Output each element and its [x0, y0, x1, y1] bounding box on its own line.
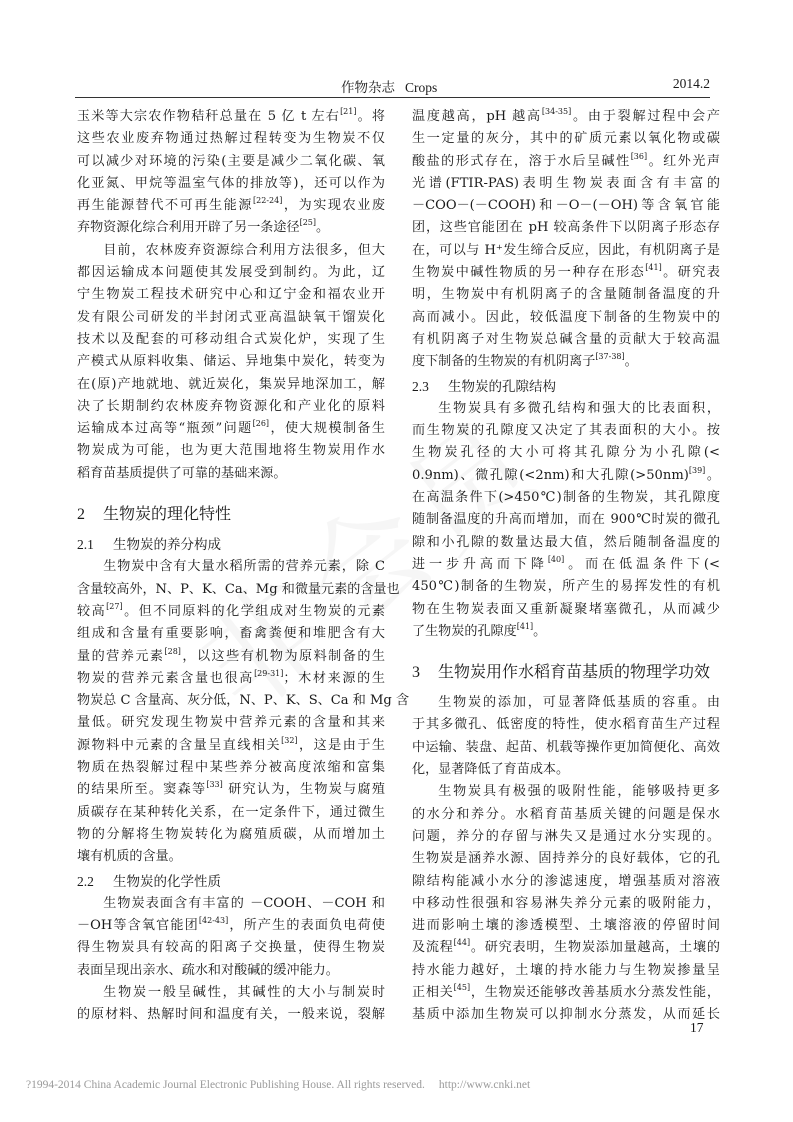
text-line: 随制备温度的升高而增加，而在 900℃时炭的微孔	[412, 509, 720, 531]
subsection-heading-2-3: 2.3生物炭的孔隙结构	[412, 376, 720, 398]
text-line: 问题，养分的存留与淋失又是通过水分实现的。	[412, 826, 720, 848]
text-line: 玉米等大宗农作物秸秆总量在 5 亿 t 左右[21]。将	[77, 106, 385, 128]
section-heading-2: 2生物炭的理化特性	[77, 503, 385, 526]
text-line: 在(原)产地就地、就近炭化，集炭异地深加工，解	[77, 374, 385, 396]
paragraph: 生物炭中含有大量水稻所需的营养元素，除 C 含量较高外，N、P、K、Ca、Mg …	[77, 556, 385, 868]
journal-name: 作物杂志Crops	[341, 76, 437, 96]
citation: [29-31]	[254, 669, 283, 678]
text-line: 质碳存在某种转化关系，在一定条件下，通过微生	[77, 802, 385, 824]
citation: [45]	[454, 983, 470, 992]
citation: [44]	[454, 938, 470, 947]
text-line: 的水分和养分。水稻育苗基质关键的问题是保水	[412, 804, 720, 826]
issue-number: 2014.2	[673, 76, 710, 92]
text-line: 进而影响土壤的渗透模型、土壤溶液的停留时间	[412, 915, 720, 937]
citation: [33]	[206, 780, 222, 789]
text-line: 量低。研究发现生物炭中营养元素的含量和其来	[77, 712, 385, 734]
text-line: 物炭成为可能，也为更大范围地将生物炭用作水	[77, 440, 385, 462]
text-line: 生物炭中碱性物质的另一种存在形态[41]。研究表	[412, 262, 720, 284]
text-line: 物炭的营养元素含量也很高[29-31]；木材来源的生	[77, 668, 385, 690]
text-line: 的结果所至。窦森等[33] 研究认为，生物炭与腐殖	[77, 779, 385, 801]
text-line: 组成和含量有重要影响，畜禽粪便和堆肥含有大	[77, 623, 385, 645]
text-line: 正相关[45]，生物炭还能够改善基质水分蒸发性能，	[412, 982, 720, 1004]
text-line: 团，这些官能团在 pH 较高条件下以阴离子形态存	[412, 217, 720, 239]
text-line: 化亚氮、甲烷等温室气体的排放等)，还可以作为	[77, 173, 385, 195]
journal-name-cn: 作物杂志	[341, 80, 395, 96]
text-line: 产模式从原料收集、储运、异地集中炭化，转变为	[77, 351, 385, 373]
right-column: 温度越高，pH 越高[34-35]。由于裂解过程中会产 生一定量的灰分，其中的矿…	[412, 106, 720, 1027]
citation: [39]	[689, 466, 705, 475]
text-line: 可以减少对环境的污染(主要是减少二氧化碳、氧	[77, 151, 385, 173]
text-line: 生物炭中含有大量水稻所需的营养元素，除 C	[77, 556, 385, 578]
text-line: 酸盐的形式存在，溶于水后呈碱性[36]。红外光声	[412, 151, 720, 173]
citation: [28]	[164, 647, 180, 656]
text-line: 隙和小孔隙的数量达最大值，然后随制备温度的	[412, 532, 720, 554]
citation: [37-38]	[595, 352, 624, 361]
text-line: 生物炭具有多微孔结构和强大的比表面积，	[412, 398, 720, 420]
paragraph: 生物炭一般呈碱性，其碱性的大小与制炭时 的原材料、热解时间和温度有关，一般来说，…	[77, 982, 385, 1027]
paragraph: 生物炭具有极强的吸附性能，能够吸持更多 的水分和养分。水稻育苗基质关键的问题是保…	[412, 781, 720, 1026]
paragraph: 生物炭具有多微孔结构和强大的比表面积， 而生物炭的孔隙度又决定了其表面积的大小。…	[412, 398, 720, 643]
subsection-heading-2-2: 2.2生物炭的化学性质	[77, 871, 385, 893]
text-line: 0.9nm)、微孔隙(<2nm)和大孔隙(>50nm)[39]。	[412, 465, 720, 487]
text-line: 高而减小。因此，较低温度下制备的生物炭中的	[412, 307, 720, 329]
text-line: 在，可以与 H⁺发生缔合反应，因此，有机阴离子是	[412, 240, 720, 262]
text-line: 这些农业废弃物通过热解过程转变为生物炭不仅	[77, 128, 385, 150]
text-line: 温度越高，pH 越高[34-35]。由于裂解过程中会产	[412, 106, 720, 128]
text-line: 发有限公司研发的半封闭式亚高温缺氧干馏炭化	[77, 307, 385, 329]
text-line: 度下制备的生物炭的有机阴离子[37-38]。	[412, 351, 720, 373]
paragraph: 温度越高，pH 越高[34-35]。由于裂解过程中会产 生一定量的灰分，其中的矿…	[412, 106, 720, 374]
text-line: －OH等含氧官能团[42-43]，所产生的表面负电荷使	[77, 915, 385, 937]
text-line: 了生物炭的孔隙度[41]。	[412, 621, 720, 643]
text-line: 中移动性很强和容易淋失养分元素的吸附能力，	[412, 893, 720, 915]
running-header: 作物杂志Crops 2014.2	[75, 0, 710, 99]
text-line: 目前，农林废弃资源综合利用方法很多，但大	[77, 240, 385, 262]
text-line: 生物炭具有极强的吸附性能，能够吸持更多	[412, 781, 720, 803]
text-line: 壤有机质的含量。	[77, 846, 385, 868]
text-line: 生物炭孔径的大小可将其孔隙分为小孔隙(<	[412, 442, 720, 464]
text-line: 源物料中元素的含量呈直线相关[32]，这是由于生	[77, 735, 385, 757]
copyright-text: ?1994-2014 China Academic Journal Electr…	[26, 1079, 425, 1091]
text-line: 基质中添加生物炭可以抑制水分蒸发，从而延长	[412, 1004, 720, 1026]
citation: [40]	[548, 555, 564, 564]
citation: [32]	[281, 736, 297, 745]
citation: [25]	[300, 218, 316, 227]
citation: [27]	[106, 602, 122, 611]
text-line: 稻育苗基质提供了可靠的基础来源。	[77, 463, 385, 485]
text-line: 表面呈现出亲水、疏水和对酸碱的缓冲能力。	[77, 960, 385, 982]
text-line: 再生能源替代不可再生能源[22-24]，为实现农业废	[77, 195, 385, 217]
subsection-heading-2-1: 2.1生物炭的养分构成	[77, 534, 385, 556]
text-line: 持水能力越好，土壤的持水能力与生物炭掺量呈	[412, 960, 720, 982]
text-line: 进一步升高而下降[40]。而在低温条件下(<	[412, 554, 720, 576]
text-line: 物质在热裂解过程中某些养分被高度浓缩和富集	[77, 757, 385, 779]
text-line: 生一定量的灰分，其中的矿质元素以氧化物或碳	[412, 128, 720, 150]
text-line: 生物炭是涵养水源、固持养分的良好载体，它的孔	[412, 848, 720, 870]
text-line: 弃物资源化综合利用开辟了另一条途径[25]。	[77, 217, 385, 239]
citation: [26]	[253, 419, 269, 428]
text-line: 明，生物炭中有机阴离子的含量随制备温度的升	[412, 284, 720, 306]
citation: [22-24]	[253, 196, 282, 205]
text-line: 含量较高外，N、P、K、Ca、Mg 和微量元素的含量也	[77, 579, 385, 601]
paragraph: 玉米等大宗农作物秸秆总量在 5 亿 t 左右[21]。将 这些农业废弃物通过热解…	[77, 106, 385, 240]
text-line: 宁生物炭工程技术研究中心和辽宁金和福农业开	[77, 284, 385, 306]
text-line: 量的营养元素[28]，以这些有机物为原料制备的生	[77, 646, 385, 668]
footer-url: http://www.cnki.net	[439, 1079, 530, 1091]
header-rule	[75, 97, 710, 98]
text-line: 生物炭的添加，可显著降低基质的容重。由	[412, 692, 720, 714]
text-line: 于其多微孔、低密度的特性，使水稻育苗生产过程	[412, 714, 720, 736]
text-line: 运输成本过高等“瓶颈”问题[26]，使大规模制备生	[77, 418, 385, 440]
text-line: 而生物炭的孔隙度又决定了其表面积的大小。按	[412, 420, 720, 442]
text-line: 物炭总 C 含量高、灰分低，N、P、K、S、Ca 和 Mg 含	[77, 690, 385, 712]
text-line: 生物炭一般呈碱性，其碱性的大小与制炭时	[77, 982, 385, 1004]
text-line: 决了长期制约农林废弃物资源化和产业化的原料	[77, 396, 385, 418]
citation: [41]	[645, 263, 661, 272]
text-line: 在高温条件下(>450℃)制备的生物炭，其孔隙度	[412, 487, 720, 509]
text-line: 得生物炭具有较高的阳离子交换量，使得生物炭	[77, 937, 385, 959]
text-line: 技术以及配套的可移动组合式炭化炉，实现了生	[77, 329, 385, 351]
journal-name-en: Crops	[405, 80, 437, 95]
page-number: 17	[690, 1020, 704, 1036]
text-line: 的原材料、热解时间和温度有关，一般来说，裂解	[77, 1004, 385, 1026]
left-column: 玉米等大宗农作物秸秆总量在 5 亿 t 左右[21]。将 这些农业废弃物通过热解…	[77, 106, 385, 1027]
text-line: －COO－(－COOH)和－O－(－OH)等含氧官能	[412, 195, 720, 217]
copyright-footer: ?1994-2014 China Academic Journal Electr…	[26, 1079, 530, 1091]
text-line: 物的分解将生物炭转化为腐殖质碳，从而增加土	[77, 824, 385, 846]
text-line: 有机阴离子对生物炭总碱含量的贡献大于较高温	[412, 329, 720, 351]
citation: [34-35]	[542, 107, 571, 116]
section-heading-3: 3生物炭用作水稻育苗基质的物理学功效	[412, 661, 720, 684]
citation: [41]	[517, 622, 533, 631]
paragraph: 生物炭的添加，可显著降低基质的容重。由 于其多微孔、低密度的特性，使水稻育苗生产…	[412, 692, 720, 781]
text-line: 生物炭表面含有丰富的 －COOH、－COH 和	[77, 893, 385, 915]
citation: [21]	[340, 107, 356, 116]
text-line: 光谱(FTIR-PAS)表明生物炭表面含有丰富的	[412, 173, 720, 195]
text-line: 物在生物炭表面又重新凝聚堵塞微孔，从而减少	[412, 599, 720, 621]
text-line: 较高[27]。但不同原料的化学组成对生物炭的元素	[77, 601, 385, 623]
citation: [36]	[631, 152, 647, 161]
text-line: 化，显著降低了育苗成本。	[412, 759, 720, 781]
text-line: 都因运输成本问题使其发展受到制约。为此，辽	[77, 262, 385, 284]
text-line: 中运输、装盘、起苗、机载等操作更加简便化、高效	[412, 737, 720, 759]
citation: [42-43]	[199, 916, 228, 925]
text-line: 及流程[44]。研究表明，生物炭添加量越高，土壤的	[412, 937, 720, 959]
text-line: 隙结构能减小水分的渗滤速度，增强基质对溶液	[412, 871, 720, 893]
paragraph: 目前，农林废弃资源综合利用方法很多，但大 都因运输成本问题使其发展受到制约。为此…	[77, 240, 385, 485]
paragraph: 生物炭表面含有丰富的 －COOH、－COH 和 －OH等含氧官能团[42-43]…	[77, 893, 385, 982]
text-line: 450℃)制备的生物炭，所产生的易挥发性的有机	[412, 576, 720, 598]
